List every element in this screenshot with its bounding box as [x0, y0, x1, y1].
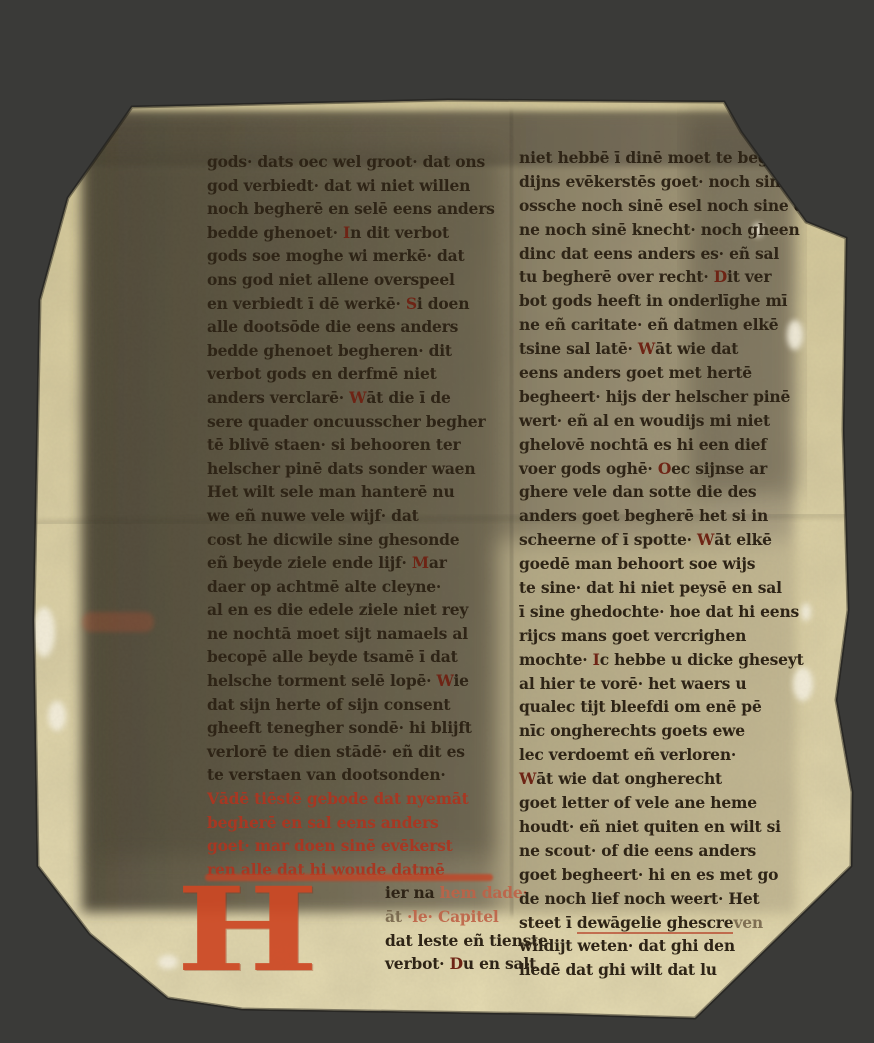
line-segment: gheeft tenegher sondē· hi blijft [207, 718, 472, 737]
manuscript-line: eens anders goet met hertē [519, 361, 829, 385]
line-segment: āt die ī de [366, 388, 450, 407]
line-segment: te sine· dat hi niet peysē en sal [519, 578, 782, 597]
manuscript-line: dijns evēkerstēs goet· noch sinen [519, 170, 829, 194]
manuscript-line: lec verdoemt eñ verloren· [519, 743, 829, 767]
manuscript-line: dat sijn herte of sijn consent [207, 693, 507, 717]
line-segment: liedē dat ghi wilt dat lu [519, 960, 717, 979]
line-segment: Vādē tiēstē gebode dat nyemāt [207, 789, 469, 808]
line-segment: ne scout· of die eens anders [519, 841, 756, 860]
manuscript-line: en verbiedt ī dē werkē· Si doen [207, 292, 507, 316]
manuscript-line: al hier te vorē· het waers u [519, 672, 829, 696]
line-segment: anders verclarē· [207, 388, 349, 407]
line-segment: helsche torment selē lopē· [207, 671, 437, 690]
line-segment: dat sijn herte of sijn consent [207, 695, 450, 714]
line-segment: scheerne of ī spotte· [519, 530, 697, 549]
line-segment: ne eñ caritate· eñ datmen elkē [519, 315, 778, 334]
manuscript-line: goet letter of vele ane heme [519, 791, 829, 815]
line-segment: dijns evēkerstēs goet· noch sinen [519, 172, 801, 191]
manuscript-line: we eñ nuwe vele wijf· dat [207, 504, 507, 528]
manuscript-line: ossche noch sinē esel noch sine dier [519, 194, 829, 218]
manuscript-line: verbot gods en derfmē niet [207, 362, 507, 386]
line-segment: becopē alle beyde tsamē ī dat [207, 647, 458, 666]
line-segment: W [697, 530, 714, 549]
line-segment: god verbiedt· dat wi niet willen [207, 176, 470, 195]
line-segment: c hebbe u dicke gheseyt [600, 650, 804, 669]
manuscript-line: ier na hem dade· [385, 881, 507, 905]
manuscript-line: bot gods heeft in onderlīghe mī [519, 289, 829, 313]
manuscript-line: anders goet begherē het si in [519, 504, 829, 528]
line-segment: ghelovē nochtā es hi een dief [519, 435, 767, 454]
line-segment: D [450, 954, 463, 973]
manuscript-line: noch begherē en selē eens anders [207, 197, 507, 221]
line-segment: begheert· hijs der helscher pinē [519, 387, 790, 406]
manuscript-line: becopē alle beyde tsamē ī dat [207, 645, 507, 669]
line-segment: ghere vele dan sotte die des [519, 482, 756, 501]
manuscript-line: god verbiedt· dat wi niet willen [207, 174, 507, 198]
manuscript-line: wert· eñ al en woudijs mi niet [519, 409, 829, 433]
line-segment: noch begherē en selē eens anders [207, 199, 495, 218]
line-segment: Het wilt sele man hanterē nu [207, 482, 455, 501]
line-segment: anders goet begherē het si in [519, 506, 768, 525]
manuscript-line: ne noch sinē knecht· noch gheen [519, 218, 829, 242]
manuscript-line: goedē man behoort soe wijs [519, 552, 829, 576]
manuscript-line: goet· mar doen sinē evēkerst [207, 834, 507, 858]
line-segment: tē blivē staen· si behooren ter [207, 435, 461, 454]
line-segment: voer gods oghē· [519, 459, 658, 478]
dust-speck [820, 51, 826, 56]
manuscript-line: tsine sal latē· Wāt wie dat [519, 337, 829, 361]
line-segment: gods· dats oec wel groot· dat ons [207, 152, 485, 171]
manuscript-line: begherē en sal eens anders [207, 811, 507, 835]
manuscript-line: verbot· Du en salt [385, 952, 507, 976]
manuscript-line: bedde ghenoet begheren· dit [207, 339, 507, 363]
line-segment: ī sine ghedochte· hoe dat hi eens [519, 602, 799, 621]
line-segment: I [593, 650, 600, 669]
manuscript-line: qualec tijt bleefdi om enē pē [519, 695, 829, 719]
manuscript-line: verlorē te dien stādē· eñ dit es [207, 740, 507, 764]
line-segment: ne nochtā moet sijt namaels al [207, 624, 468, 643]
line-segment: sere quader oncuusscher begher [207, 412, 485, 431]
photograph-backdrop: Liber gods· dats oec wel groot· dat onsg… [0, 0, 874, 1043]
manuscript-line: niet hebbē ī dinē moet te begheerne [519, 146, 829, 170]
line-segment: begherē en sal eens anders [207, 813, 439, 832]
text-column-right: niet hebbē ī dinē moet te begheernedijns… [519, 146, 829, 982]
manuscript-line: Wāt wie dat ongherecht [519, 767, 829, 791]
line-segment: n dit verbot [350, 223, 449, 242]
manuscript-line: Vādē tiēstē gebode dat nyemāt [207, 787, 507, 811]
line-segment: dewāgelie ghescre [577, 913, 734, 934]
line-segment: W [349, 388, 366, 407]
manuscript-line: tu begherē over recht· Dit ver [519, 265, 829, 289]
line-segment: M [412, 553, 429, 572]
manuscript-line: al en es die edele ziele niet rey [207, 598, 507, 622]
manuscript-line: de noch lief noch weert· Het [519, 887, 829, 911]
line-segment: ier na [385, 883, 440, 902]
line-segment: tsine sal latē· [519, 339, 638, 358]
line-segment: ·le· Capitel [407, 907, 499, 926]
line-segment: āt wie dat [655, 339, 738, 358]
manuscript-line: voer gods oghē· Oec sijnse ar [519, 457, 829, 481]
line-segment: dinc dat eens anders es· eñ sal [519, 244, 779, 263]
manuscript-line: ons god niet allene overspeel [207, 268, 507, 292]
manuscript-line: liedē dat ghi wilt dat lu [519, 958, 829, 982]
line-segment: goet· mar doen sinē evēkerst [207, 836, 453, 855]
line-segment: alle dootsōde die eens anders [207, 317, 458, 336]
line-segment: i doen [417, 294, 469, 313]
line-segment: goedē man behoort soe wijs [519, 554, 755, 573]
line-segment: ven [733, 913, 763, 932]
manuscript-line: alle dootsōde die eens anders [207, 315, 507, 339]
line-segment: qualec tijt bleefdi om enē pē [519, 697, 762, 716]
line-segment: goet begheert· hi en es met go [519, 865, 778, 884]
line-segment: verbot gods en derfmē niet [207, 364, 437, 383]
manuscript-line: ne eñ caritate· eñ datmen elkē [519, 313, 829, 337]
manuscript-line: daer op achtmē alte cleyne· [207, 575, 507, 599]
line-segment: goet letter of vele ane heme [519, 793, 757, 812]
line-segment: W [437, 671, 454, 690]
line-segment: steet ī [519, 913, 577, 932]
line-segment: verbot· [385, 954, 450, 973]
line-segment: wert· eñ al en woudijs mi niet [519, 411, 770, 430]
manuscript-line: ghelovē nochtā es hi een dief [519, 433, 829, 457]
manuscript-line: dat leste eñ tienste [385, 929, 507, 953]
line-segment: daer op achtmē alte cleyne· [207, 577, 441, 596]
line-segment: O [658, 459, 671, 478]
line-segment: lec verdoemt eñ verloren· [519, 745, 736, 764]
line-segment: al hier te vorē· het waers u [519, 674, 746, 693]
line-segment: en verbiedt ī dē werkē· [207, 294, 406, 313]
line-segment: tu begherē over recht· [519, 267, 714, 286]
manuscript-line: sere quader oncuusscher begher [207, 410, 507, 434]
manuscript-line: te verstaen van dootsonden· [207, 763, 507, 787]
line-segment: āt elkē [714, 530, 772, 549]
line-segment: nīc ongherechts goets ewe [519, 721, 745, 740]
text-column-left: gods· dats oec wel groot· dat onsgod ver… [207, 150, 507, 976]
manuscript-line: goet begheert· hi en es met go [519, 863, 829, 887]
manuscript-line: ghere vele dan sotte die des [519, 480, 829, 504]
line-segment: āt [385, 907, 407, 926]
line-segment: āt wie dat ongherecht [536, 769, 722, 788]
manuscript-line: helsche torment selē lopē· Wie [207, 669, 507, 693]
line-segment: eens anders goet met hertē [519, 363, 752, 382]
manuscript-line: āt ·le· Capitel [385, 905, 507, 929]
manuscript-line: ī sine ghedochte· hoe dat hi eens [519, 600, 829, 624]
line-segment: ie [453, 671, 468, 690]
line-segment: cost he dicwile sine ghesonde [207, 530, 459, 549]
manuscript-line: helscher pinē dats sonder waen [207, 457, 507, 481]
manuscript-line: steet ī dewāgelie ghescreven [519, 911, 829, 935]
manuscript-line: cost he dicwile sine ghesonde [207, 528, 507, 552]
manuscript-line: ne scout· of die eens anders [519, 839, 829, 863]
line-segment: ar [429, 553, 447, 572]
line-segment: bedde ghenoet· [207, 223, 343, 242]
line-segment: ossche noch sinē esel noch sine dier [519, 196, 828, 215]
line-segment: W [519, 769, 536, 788]
manuscript-line: wildijt weten· dat ghi den [519, 934, 829, 958]
line-segment: we eñ nuwe vele wijf· dat [207, 506, 419, 525]
manuscript-line: nīc ongherechts goets ewe [519, 719, 829, 743]
manuscript-line: mochte· Ic hebbe u dicke gheseyt [519, 648, 829, 672]
manuscript-line: eñ beyde ziele ende lijf· Mar [207, 551, 507, 575]
line-segment: W [638, 339, 655, 358]
line-segment: te verstaen van dootsonden· [207, 765, 446, 784]
line-segment: al en es die edele ziele niet rey [207, 600, 468, 619]
line-segment: gods soe moghe wi merkē· dat [207, 246, 464, 265]
line-segment: bedde ghenoet begheren· dit [207, 341, 452, 360]
line-segment: helscher pinē dats sonder waen [207, 459, 475, 478]
line-segment: hem dade· [440, 883, 528, 902]
running-title: Liber [455, 66, 576, 100]
manuscript-line: dinc dat eens anders es· eñ sal [519, 242, 829, 266]
line-segment: ons god niet allene overspeel [207, 270, 455, 289]
offset-red-stain [82, 612, 154, 632]
manuscript-line: bedde ghenoet· In dit verbot [207, 221, 507, 245]
line-segment: bot gods heeft in onderlīghe mī [519, 291, 787, 310]
manuscript-line: gods· dats oec wel groot· dat ons [207, 150, 507, 174]
manuscript-line: tē blivē staen· si behooren ter [207, 433, 507, 457]
manuscript-line: ne nochtā moet sijt namaels al [207, 622, 507, 646]
manuscript-line: anders verclarē· Wāt die ī de [207, 386, 507, 410]
line-segment: eñ beyde ziele ende lijf· [207, 553, 412, 572]
line-segment: mochte· [519, 650, 593, 669]
line-segment: D [714, 267, 727, 286]
line-segment: de noch lief noch weert· Het [519, 889, 759, 908]
line-segment: S [406, 294, 417, 313]
line-segment: niet hebbē ī dinē moet te begheerne [519, 148, 828, 167]
lombard-initial-h: H [176, 872, 319, 988]
manuscript-line: begheert· hijs der helscher pinē [519, 385, 829, 409]
manuscript-line: gheeft tenegher sondē· hi blijft [207, 716, 507, 740]
manuscript-line: houdt· eñ niet quiten en wilt si [519, 815, 829, 839]
manuscript-line: scheerne of ī spotte· Wāt elkē [519, 528, 829, 552]
line-segment: rijcs mans goet vercrighen [519, 626, 746, 645]
manuscript-line: te sine· dat hi niet peysē en sal [519, 576, 829, 600]
line-segment: verlorē te dien stādē· eñ dit es [207, 742, 465, 761]
manuscript-line: Het wilt sele man hanterē nu [207, 480, 507, 504]
line-segment: houdt· eñ niet quiten en wilt si [519, 817, 781, 836]
manuscript-line: rijcs mans goet vercrighen [519, 624, 829, 648]
line-segment: wildijt weten· dat ghi den [519, 936, 735, 955]
line-segment: ne noch sinē knecht· noch gheen [519, 220, 800, 239]
line-segment: ec sijnse ar [671, 459, 767, 478]
line-segment: it ver [727, 267, 771, 286]
manuscript-line: gods soe moghe wi merkē· dat [207, 244, 507, 268]
